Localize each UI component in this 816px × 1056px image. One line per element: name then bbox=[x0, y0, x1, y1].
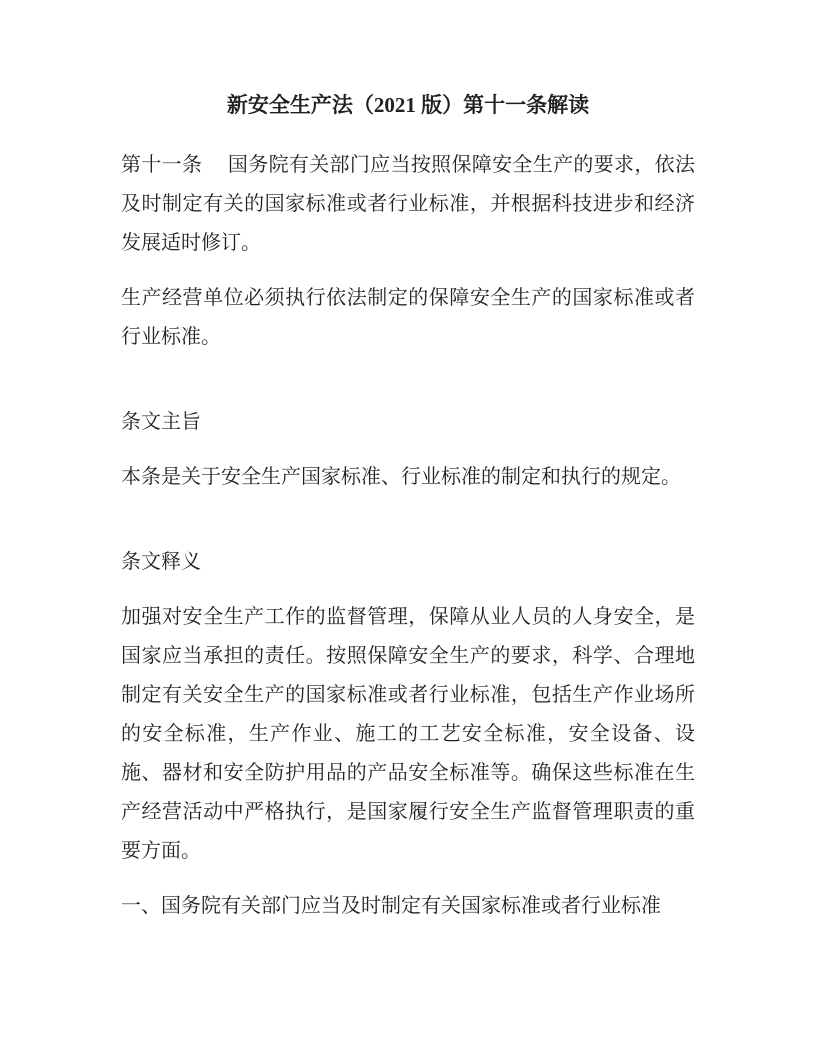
document-page: 新安全生产法（2021 版）第十一条解读 第十一条 国务院有关部门应当按照保障安… bbox=[0, 0, 816, 1056]
document-title: 新安全生产法（2021 版）第十一条解读 bbox=[121, 90, 695, 120]
document-body: 第十一条 国务院有关部门应当按照保障安全生产的要求，依法及时制定有关的国家标准或… bbox=[121, 146, 695, 926]
section-heading: 条文释义 bbox=[121, 543, 695, 582]
section-heading: 条文主旨 bbox=[121, 403, 695, 442]
paragraph: 本条是关于安全生产国家标准、行业标准的制定和执行的规定。 bbox=[121, 458, 695, 497]
paragraph: 第十一条 国务院有关部门应当按照保障安全生产的要求，依法及时制定有关的国家标准或… bbox=[121, 146, 695, 263]
paragraph: 一、国务院有关部门应当及时制定有关国家标准或者行业标准 bbox=[121, 887, 695, 926]
paragraph: 生产经营单位必须执行依法制定的保障安全生产的国家标准或者行业标准。 bbox=[121, 279, 695, 357]
paragraph: 加强对安全生产工作的监督管理，保障从业人员的人身安全，是国家应当承担的责任。按照… bbox=[121, 598, 695, 871]
